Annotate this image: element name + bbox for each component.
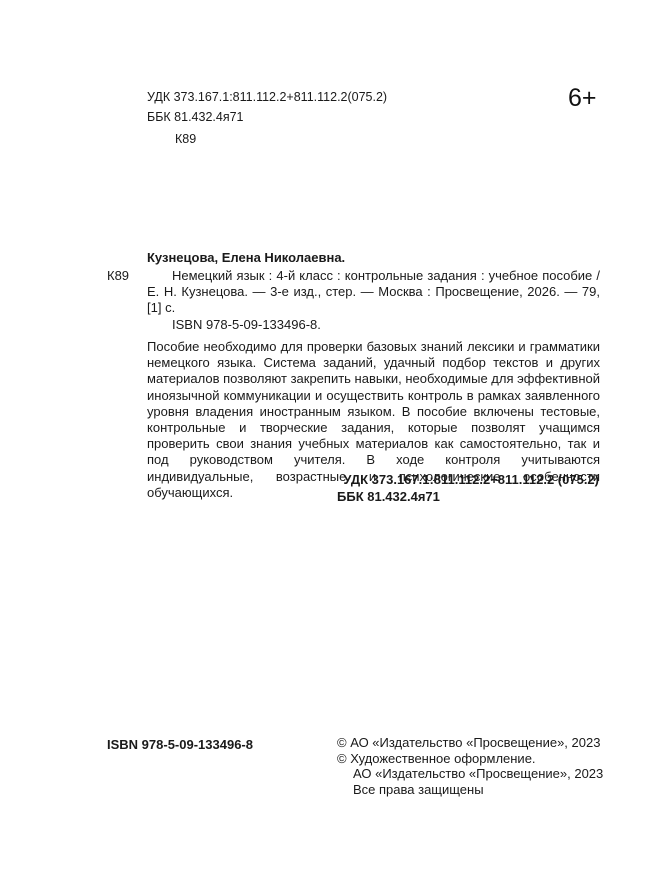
age-rating: 6+ [568, 84, 597, 112]
copyright-block: © АО «Издательство «Просвещение», 2023 ©… [337, 735, 603, 797]
author-mark: К89 [107, 268, 129, 283]
copyright-line: © АО «Издательство «Просвещение», 2023 [337, 735, 603, 751]
bbk-code-header: ББК 81.432.4я71 [147, 109, 244, 125]
author-mark-header: К89 [175, 131, 196, 147]
udk-code-record: УДК 373.167.1:811.112.2+811.112.2 (075.2… [343, 472, 599, 487]
author-name: Кузнецова, Елена Николаевна. [147, 250, 345, 265]
copyright-line: © Художественное оформление. [337, 751, 603, 767]
rights-reserved: Все права защищены [337, 782, 603, 798]
copyright-line: АО «Издательство «Просвещение», 2023 [337, 766, 603, 782]
isbn-footer: ISBN 978-5-09-133496-8 [107, 737, 253, 752]
udk-code-header: УДК 373.167.1:811.112.2+811.112.2(075.2) [147, 89, 387, 105]
bibliographic-description: Немецкий язык : 4-й класс : контрольные … [147, 268, 600, 317]
isbn-record: ISBN 978-5-09-133496-8. [172, 317, 321, 332]
bbk-code-record: ББК 81.432.4я71 [337, 489, 440, 504]
